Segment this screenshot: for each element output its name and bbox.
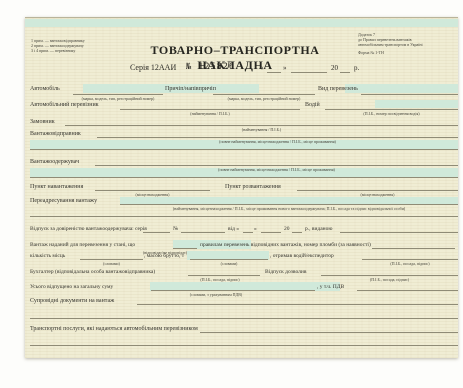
- field-label-received: , отримав водій/експедитор: [270, 253, 334, 259]
- field-line: [292, 232, 302, 233]
- copies-line: 3 і 4 прим. — перевізнику: [31, 48, 85, 53]
- series-label: Серія 12ААИ: [130, 63, 176, 72]
- field-caption-gross-words: (словами): [190, 261, 268, 266]
- copies-list: 1 прим. — вантажовідправнику 2 прим. — в…: [31, 38, 85, 54]
- poa-close-quote: »: [254, 226, 257, 232]
- field-label-customer: Замовник: [30, 119, 55, 125]
- field-label-driver: Водій: [305, 102, 320, 108]
- field-label-qty: кількість місць: [30, 253, 65, 259]
- field-label-unload-point: Пункт розвантаження: [225, 184, 281, 190]
- appendix-block: Додаток 7 до Правил перевезень вантажів …: [358, 32, 423, 48]
- field-caption-consignor: (повне найменування, місцезнаходження / …: [97, 139, 458, 144]
- field-line: [267, 72, 281, 73]
- field-label-vehicle: Автомобіль: [30, 86, 60, 92]
- field-caption-accountant-sign: (П.І.Б., посада, підпис): [175, 277, 265, 282]
- field-line: [30, 216, 458, 217]
- date-year: 20: [331, 64, 338, 72]
- field-label-carrier: Автомобільний перевізник: [30, 102, 99, 108]
- field-caption-qty-words: (словами): [80, 261, 143, 266]
- field-line: [243, 232, 253, 233]
- form-number-label: Форма № 1-ТН: [358, 50, 384, 55]
- field-line: [30, 318, 458, 319]
- date-open-quote: «: [260, 64, 264, 72]
- field-label-vat: , у т.ч. ПДВ: [317, 284, 344, 290]
- field-caption-carrier: (найменування / П.І.Б.): [120, 111, 300, 116]
- field-label-readdress: Переадресування вантажу: [30, 198, 97, 204]
- date-r: р.: [354, 64, 359, 72]
- field-caption-readdress: (найменування, місцезнаходження / П.І.Б.…: [120, 206, 458, 211]
- field-line: [30, 177, 458, 178]
- field-caption-customer: (найменування / П.І.Б.): [65, 127, 458, 132]
- field-line: [340, 72, 350, 73]
- highlight-band: [345, 84, 458, 93]
- field-line: [340, 232, 458, 233]
- field-caption-release-sign: (П.І.Б., посада, підпис): [321, 277, 458, 282]
- field-line: [30, 149, 458, 150]
- field-line: [181, 232, 225, 233]
- field-caption-vehicle: (марка, модель, тип, реєстраційний номер…: [73, 96, 163, 101]
- series-number: № 125826: [186, 62, 235, 72]
- field-caption-load-point: (місцезнаходження): [95, 192, 210, 197]
- field-label-load-point: Пункт навантаження: [30, 184, 83, 190]
- field-label-total: Усього відпущено на загальну суму: [30, 284, 113, 290]
- field-line: [361, 94, 458, 95]
- field-caption-received-sign: (П.І.Б., посада, підпис): [362, 261, 458, 266]
- highlight-band: [25, 19, 458, 27]
- field-label-poa: Відпуск за довіреністю вантажоодержувача…: [30, 226, 147, 232]
- field-label-services: Транспортні послуги, які надаються автом…: [30, 326, 198, 332]
- poa-from-label: від «: [228, 226, 239, 232]
- field-line: [200, 332, 458, 333]
- waybill-form: 1 прим. — вантажовідправнику 2 прим. — в…: [25, 17, 458, 358]
- field-line: [30, 345, 458, 346]
- field-label-consignee: Вантажоодержувач: [30, 159, 79, 165]
- field-label-cargo-state: Вантаж наданий для перевезення у стані, …: [30, 242, 135, 248]
- field-line: [143, 232, 170, 233]
- field-label-trailer: Причіп/напівпричіп: [165, 86, 216, 92]
- field-label-release: Відпуск дозволив: [265, 269, 306, 275]
- field-line: [261, 232, 281, 233]
- field-line: [372, 248, 455, 249]
- poa-issued-label: р., виданою: [305, 226, 332, 232]
- highlight-band: [375, 100, 458, 108]
- poa-year: 20: [284, 226, 290, 232]
- field-caption-driver: (П.І.Б., номер посвідчення водія): [325, 111, 458, 116]
- field-line: [137, 304, 458, 305]
- field-label-transport-type: Вид перевезень: [318, 86, 358, 92]
- field-label-accountant: Бухгалтер (відповідальна особа вантажові…: [30, 269, 155, 275]
- field-line: [357, 290, 458, 291]
- field-line: [291, 72, 327, 73]
- field-caption-trailer: (марка, модель, тип, реєстраційний номер…: [213, 96, 315, 101]
- poa-number-sign: №: [173, 226, 178, 232]
- field-caption-consignee: (повне найменування, місцезнаходження / …: [95, 167, 458, 172]
- field-label-gross: , масою брутто, т: [144, 253, 184, 259]
- appendix-line: автомобільним транспортом в Україні: [358, 42, 423, 47]
- field-caption-total-words: (словами, з урахуванням ПДВ): [151, 292, 281, 297]
- field-label-docs: Супровідні документи на вантаж: [30, 298, 114, 304]
- date-close-quote: »: [283, 64, 287, 72]
- field-label-cargo-state2: правилам перевезень відповідних вантажів…: [200, 242, 371, 248]
- field-label-consignor: Вантажовідправник: [30, 131, 81, 137]
- field-caption-unload-point: (місцезнаходження): [297, 192, 458, 197]
